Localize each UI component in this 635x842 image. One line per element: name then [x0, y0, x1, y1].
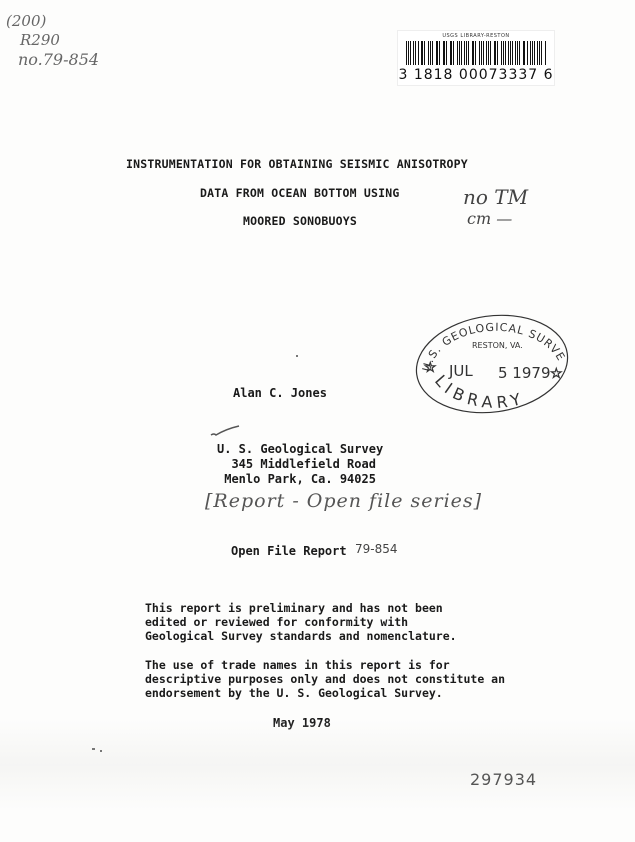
affiliation-city: Menlo Park, Ca. 94025 [217, 472, 383, 487]
handwritten-line: (200) [6, 12, 99, 31]
affiliation-org: U. S. Geological Survey [217, 442, 383, 457]
handwritten-call-number: (200) R290 no.79-854 [6, 12, 99, 69]
accession-number: 297934 [470, 770, 537, 789]
handwritten-line: no TM [463, 186, 613, 208]
barcode-icon [406, 41, 546, 65]
stamp-location: RESTON, VA. [472, 341, 523, 350]
affiliation-block: U. S. Geological Survey 345 Middlefield … [217, 442, 383, 487]
scan-speck [296, 355, 298, 357]
star-icon: ☆ [424, 360, 437, 376]
title-line-2: DATA FROM OCEAN BOTTOM USING [200, 186, 399, 200]
stamp-day-year: 5 1979 [498, 364, 551, 382]
handwritten-line: R290 [20, 31, 99, 50]
library-received-stamp: U.S. GEOLOGICAL SURVEY RESTON, VA. ☆ ☆ J… [412, 310, 572, 415]
scan-speck [100, 750, 102, 752]
handwritten-report-series-note: [Report - Open file series] [205, 490, 482, 512]
barcode-library-name: USGS LIBRARY-RESTON [398, 33, 554, 39]
title-line-3: MOORED SONOBUOYS [243, 214, 357, 228]
affiliation-street: 345 Middlefield Road [217, 457, 383, 472]
handwritten-line: no.79-854 [18, 50, 99, 69]
document-page: (200) R290 no.79-854 USGS LIBRARY-RESTON… [0, 0, 635, 842]
open-file-report-number: 79-854 [355, 542, 398, 556]
disclaimer-preliminary: This report is preliminary and has not b… [145, 601, 457, 643]
disclaimer-trade-names: The use of trade names in this report is… [145, 658, 505, 700]
open-file-report-label: Open File Report [231, 544, 347, 558]
handwritten-note-no-tm: no TM cm — [463, 186, 613, 230]
title-line-1: INSTRUMENTATION FOR OBTAINING SEISMIC AN… [126, 157, 468, 171]
star-icon: ☆ [550, 366, 563, 382]
stamp-month: JUL [448, 362, 473, 380]
scan-speck [92, 748, 95, 750]
checkmark-icon [210, 425, 240, 437]
handwritten-line: cm — [467, 208, 613, 230]
barcode-number: 3 1818 00073337 6 [398, 67, 554, 83]
library-barcode-label: USGS LIBRARY-RESTON 3 1818 00073337 6 [397, 30, 555, 86]
author-name: Alan C. Jones [233, 386, 327, 400]
scan-shading [0, 720, 635, 810]
